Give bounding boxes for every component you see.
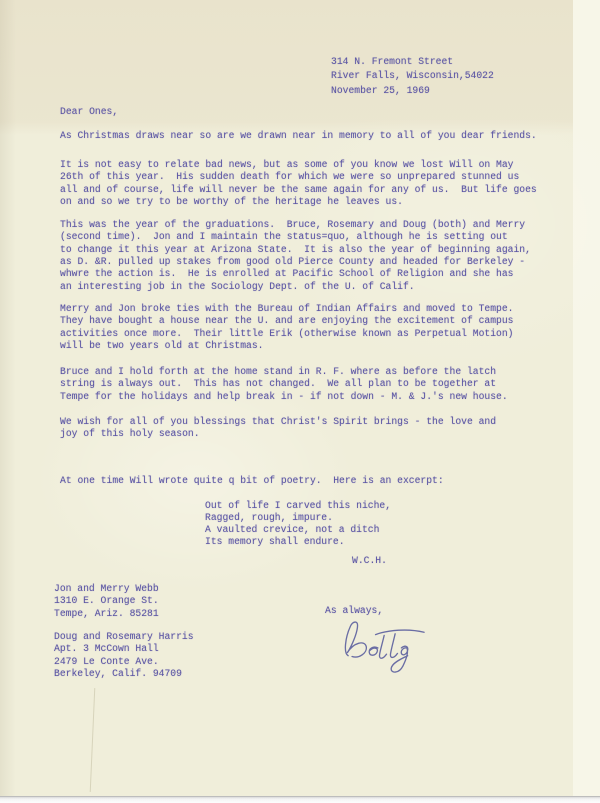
paper-right-edge [573,0,600,803]
signature-betty-drawing [338,614,428,674]
paragraph-merry-jon: Merry and Jon broke ties with the Bureau… [60,303,513,352]
paragraph-blessings: We wish for all of you blessings that Ch… [60,416,496,441]
salutation: Dear Ones, [60,106,118,118]
paper-left-shade [0,0,16,803]
address-webb: Jon and Merry Webb 1310 E. Orange St. Te… [54,583,159,620]
poem-intro: At one time Will wrote quite q bit of po… [60,475,444,487]
handwritten-signature [338,614,428,674]
paper-crease [90,688,96,792]
paragraph-bad-news: It is not easy to relate bad news, but a… [60,159,537,208]
return-address: 314 N. Fremont Street River Falls, Wisco… [331,55,494,98]
address-harris: Doug and Rosemary Harris Apt. 3 McCown H… [54,631,194,680]
scanned-letter-page: 314 N. Fremont Street River Falls, Wisco… [0,0,600,803]
poem-attribution: W.C.H. [352,555,387,567]
paragraph-greeting: As Christmas draws near so are we drawn … [60,130,537,142]
paragraph-home-stand: Bruce and I hold forth at the home stand… [60,366,508,403]
poem-excerpt: Out of life I carved this niche, Ragged,… [205,500,391,548]
paragraph-graduations: This was the year of the graduations. Br… [60,219,531,293]
scan-bottom-edge [0,796,600,803]
